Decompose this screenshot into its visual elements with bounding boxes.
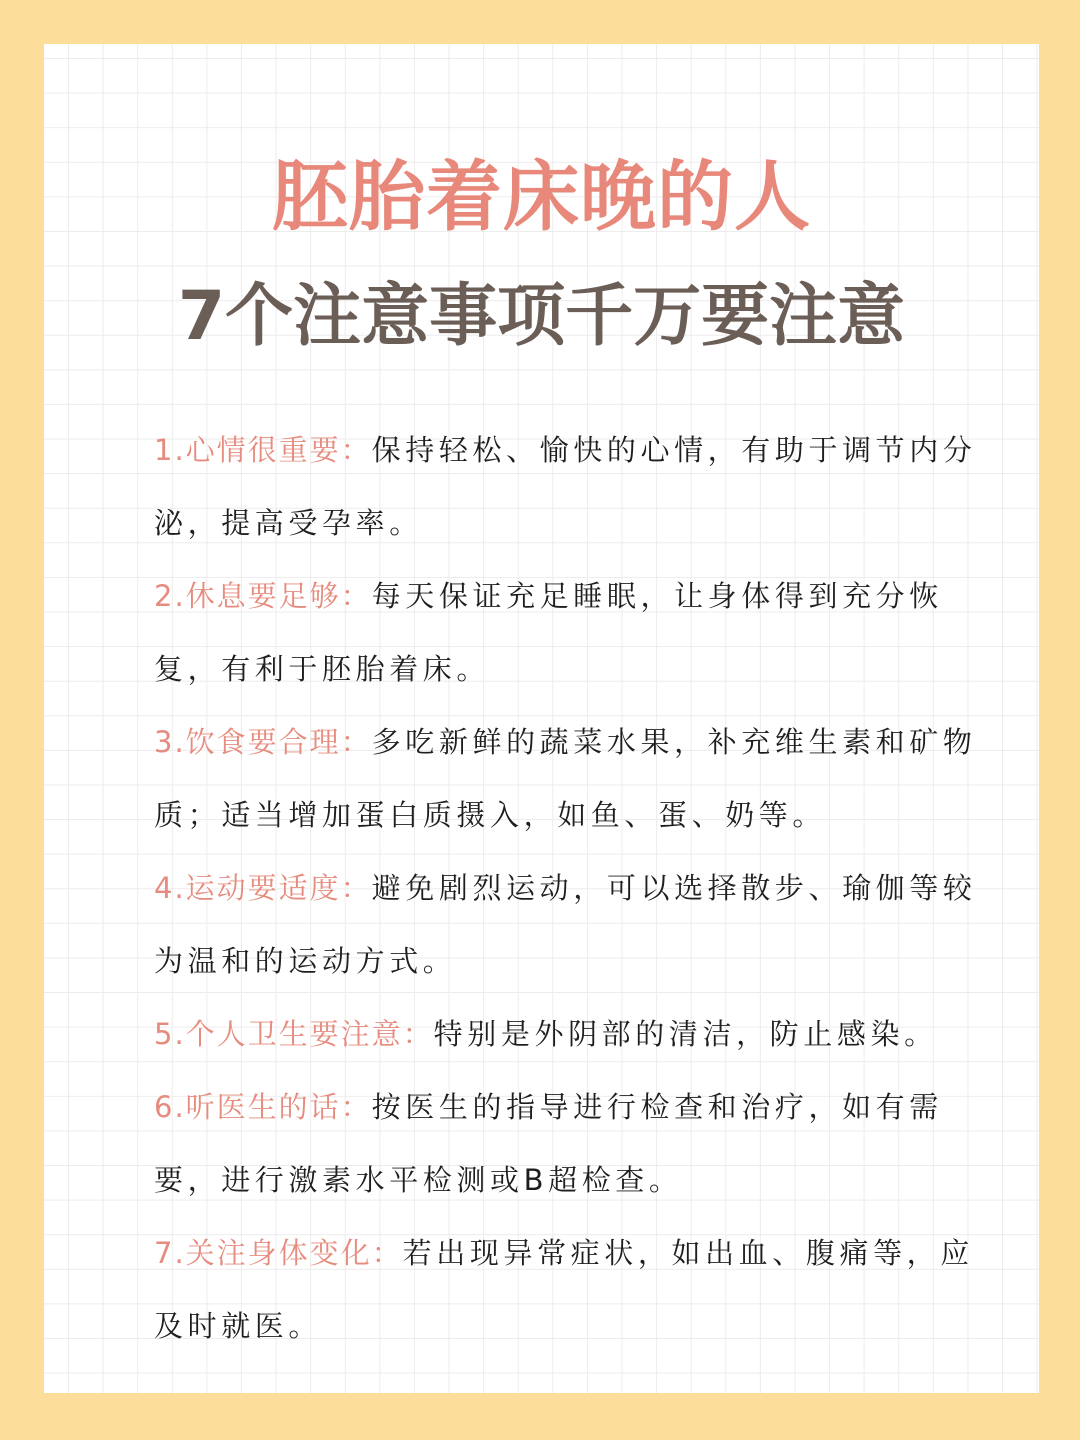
tip-label: 6.听医生的话：	[154, 1090, 372, 1124]
tip-label: 2.休息要足够：	[154, 579, 372, 613]
grid-paper-card: 胚胎着床晚的人 7个注意事项千万要注意 1.心情很重要：保持轻松、愉快的心情，有…	[44, 44, 1039, 1393]
tip-item-3: 3.饮食要合理：多吃新鲜的蔬菜水果，补充维生素和矿物质；适当增加蛋白质摄入，如鱼…	[154, 706, 1004, 852]
tip-label: 7.关注身体变化：	[154, 1236, 403, 1270]
tips-list: 1.心情很重要：保持轻松、愉快的心情，有助于调节内分泌，提高受孕率。 2.休息要…	[154, 414, 1004, 1363]
tip-label: 4.运动要适度：	[154, 871, 372, 905]
tip-label: 1.心情很重要：	[154, 433, 372, 467]
tip-item-5: 5.个人卫生要注意：特别是外阴部的清洁，防止感染。	[154, 998, 1004, 1071]
tip-item-1: 1.心情很重要：保持轻松、愉快的心情，有助于调节内分泌，提高受孕率。	[154, 414, 1004, 560]
tip-label: 5.个人卫生要注意：	[154, 1017, 434, 1051]
tip-item-4: 4.运动要适度：避免剧烈运动，可以选择散步、瑜伽等较为温和的运动方式。	[154, 852, 1004, 998]
tip-item-2: 2.休息要足够：每天保证充足睡眠，让身体得到充分恢复，有利于胚胎着床。	[154, 560, 1004, 706]
tip-label: 3.饮食要合理：	[154, 725, 372, 759]
page-title: 胚胎着床晚的人	[44, 152, 1039, 242]
tip-text: 特别是外阴部的清洁，防止感染。	[434, 1017, 938, 1051]
tip-item-6: 6.听医生的话：按医生的指导进行检查和治疗，如有需要，进行激素水平检测或B超检查…	[154, 1071, 1004, 1217]
page-subtitle: 7个注意事项千万要注意	[44, 274, 1039, 360]
tip-item-7: 7.关注身体变化：若出现异常症状，如出血、腹痛等，应及时就医。	[154, 1217, 1004, 1363]
